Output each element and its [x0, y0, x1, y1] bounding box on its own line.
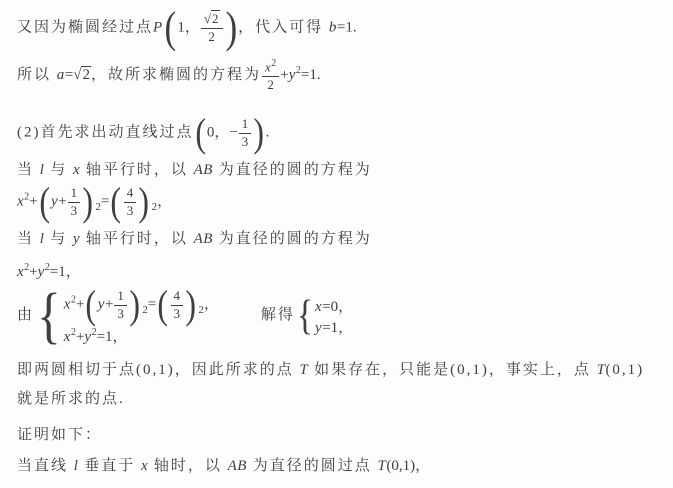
math-line-ellipse-point: 又因为椭圆经过点P(1，√22)，代入可得 b=1.	[17, 6, 657, 50]
fraction-denominator: 3	[114, 306, 127, 322]
equation-tail: =1.	[301, 67, 321, 83]
open-paren-icon: (	[39, 182, 50, 222]
open-paren-icon: (	[86, 285, 97, 325]
close-paren-icon: )	[82, 182, 93, 222]
system-rows: x2+(y+13)2=(43)2，x2+y2=1，	[64, 285, 219, 346]
math-line-circle-1: x2+(y+13)2=(43)2，	[17, 182, 657, 222]
comma: ，	[157, 194, 172, 210]
equation-system: {x2+(y+13)2=(43)2，x2+y2=1，	[34, 285, 219, 346]
open-paren-icon: (	[158, 285, 169, 325]
fraction-denominator: 3	[68, 203, 81, 219]
text-run: ，代入可得	[238, 19, 329, 35]
plus-sign: +	[29, 194, 37, 210]
text-run: 所以	[17, 67, 57, 83]
variable-AB: AB	[194, 162, 213, 178]
system-row-1: x2+(y+13)2=(43)2，	[64, 285, 219, 325]
fraction: 43	[124, 186, 137, 219]
text-run: 为直径的圆过点	[247, 458, 378, 474]
text-run: 如果存在，只能是(0,1)，事实上，点	[308, 362, 596, 378]
equation-tail: =1，	[50, 264, 81, 280]
variable-x: x	[64, 297, 71, 313]
fraction-denominator: 3	[124, 203, 137, 219]
text-run: 轴时，以	[148, 458, 228, 474]
coordinate-first: 1，	[177, 19, 200, 35]
document-page: 又因为椭圆经过点P(1，√22)，代入可得 b=1. 所以 a=√2，故所求椭圆…	[0, 0, 673, 475]
fraction-numerator: 1	[68, 186, 81, 203]
fraction-numerator: 4	[124, 186, 137, 203]
text-run: 为直径的圆的方程为	[213, 231, 372, 247]
variable-a: a	[57, 67, 65, 83]
equals-sign: =	[65, 67, 73, 83]
text-run: 轴平行时，以	[80, 231, 194, 247]
text-run: 与	[44, 231, 73, 247]
text-line-perpendicular-case: 当直线 l 垂直于 x 轴时，以 AB 为直径的圆过点 T(0,1)，	[17, 457, 657, 475]
close-paren-icon: )	[139, 182, 150, 222]
fraction: 13	[239, 117, 252, 150]
open-paren-icon: (	[164, 6, 176, 50]
close-paren-icon: )	[254, 113, 265, 153]
variable-T: T	[377, 458, 386, 474]
sqrt-radicand: 2	[81, 66, 91, 83]
fraction-numerator: 4	[171, 289, 184, 306]
fraction: 13	[68, 186, 81, 219]
text-run: 垂直于	[78, 458, 141, 474]
fraction-numerator: 1	[114, 289, 127, 306]
math-line-fixed-point: (2)首先求出动直线过点(0，−13).	[17, 113, 657, 153]
text-run: 当	[17, 231, 40, 247]
fraction-denominator: 3	[239, 134, 252, 150]
equals-sign: =	[101, 194, 109, 210]
close-paren-icon: )	[129, 285, 140, 325]
math-line-ellipse-equation: 所以 a=√2，故所求椭圆的方程为x22+y2=1.	[17, 58, 657, 93]
text-run: 当直线	[17, 458, 74, 474]
variable-AB: AB	[194, 231, 213, 247]
plus-sign: +	[29, 264, 37, 280]
coordinate-first: 0，−	[207, 125, 238, 141]
plus-sign: +	[58, 194, 66, 210]
text-run: 轴平行时，以	[80, 162, 194, 178]
solution-value: =0，	[322, 299, 353, 315]
fraction: 43	[171, 289, 184, 322]
variable-y: y	[289, 67, 296, 83]
text-run: 为直径的圆的方程为	[213, 162, 372, 178]
left-brace-icon: {	[37, 286, 61, 346]
fraction-numerator: x2	[262, 58, 279, 77]
plus-sign: +	[280, 67, 288, 83]
fraction-numerator: √2	[201, 12, 223, 29]
plus-sign: +	[105, 297, 113, 313]
fraction-denominator: 3	[171, 306, 184, 322]
text-run: 即两圆相切于点(0,1)，因此所求的点	[17, 362, 300, 378]
text-run: 与	[44, 162, 73, 178]
text-run: 证明如下：	[17, 427, 102, 443]
paragraph-tangent-conclusion: 即两圆相切于点(0,1)，因此所求的点 T 如果存在，只能是(0,1)，事实上，…	[17, 356, 657, 414]
equation-tail: =1.	[337, 19, 357, 35]
left-brace-icon: {	[297, 296, 313, 336]
sqrt-icon: √	[204, 11, 211, 26]
comma: ，	[204, 297, 219, 313]
variable-AB: AB	[228, 458, 247, 474]
text-run: 又因为椭圆经过点	[17, 19, 153, 35]
open-paren-icon: (	[195, 113, 206, 153]
fraction-numerator: 1	[239, 117, 252, 134]
fraction: √22	[201, 12, 223, 45]
text-run: 解得	[261, 307, 295, 323]
fraction-denominator: 2	[262, 77, 279, 93]
close-paren-icon: )	[185, 285, 196, 325]
variable-P: P	[153, 19, 163, 35]
fraction: 13	[114, 289, 127, 322]
open-paren-icon: (	[111, 182, 122, 222]
variable-y: y	[84, 329, 91, 345]
equation-tail: =1，	[97, 329, 128, 345]
solution-value: =1，	[322, 320, 353, 336]
system-row-2: x2+y2=1，	[64, 325, 219, 346]
solution-system: {x=0，y=1，	[295, 295, 353, 337]
fraction-denominator: 2	[201, 29, 223, 45]
text-run: (0,1)，	[386, 458, 430, 474]
variable-b: b	[329, 19, 337, 35]
text-line-proof-header: 证明如下：	[17, 426, 657, 444]
variable-y: y	[98, 297, 105, 313]
plus-sign: +	[76, 297, 84, 313]
solution-row-2: y=1，	[315, 316, 353, 337]
text-run: ，故所求椭圆的方程为	[91, 67, 261, 83]
text-run: 当	[17, 162, 40, 178]
fraction: x22	[262, 58, 279, 93]
variable-y: y	[38, 264, 45, 280]
sqrt-radicand: 2	[211, 10, 220, 26]
close-paren-icon: )	[225, 6, 237, 50]
system-rows: x=0，y=1，	[315, 295, 353, 337]
math-line-circle-2: x2+y2=1，	[17, 260, 657, 281]
text-run: (2)首先求出动直线过点	[17, 125, 194, 141]
math-line-system: 由{x2+(y+13)2=(43)2，x2+y2=1，解得{x=0，y=1，	[17, 285, 657, 346]
equals-sign: =	[148, 297, 156, 313]
text-line-parallel-x: 当 l 与 x 轴平行时，以 AB 为直径的圆的方程为	[17, 161, 657, 179]
variable-x: x	[64, 329, 71, 345]
text-line-parallel-y: 当 l 与 y 轴平行时，以 AB 为直径的圆的方程为	[17, 230, 657, 248]
solution-row-1: x=0，	[315, 295, 353, 316]
text-run: 由	[17, 307, 34, 323]
exponent: 2	[271, 58, 276, 69]
period: .	[266, 125, 270, 141]
